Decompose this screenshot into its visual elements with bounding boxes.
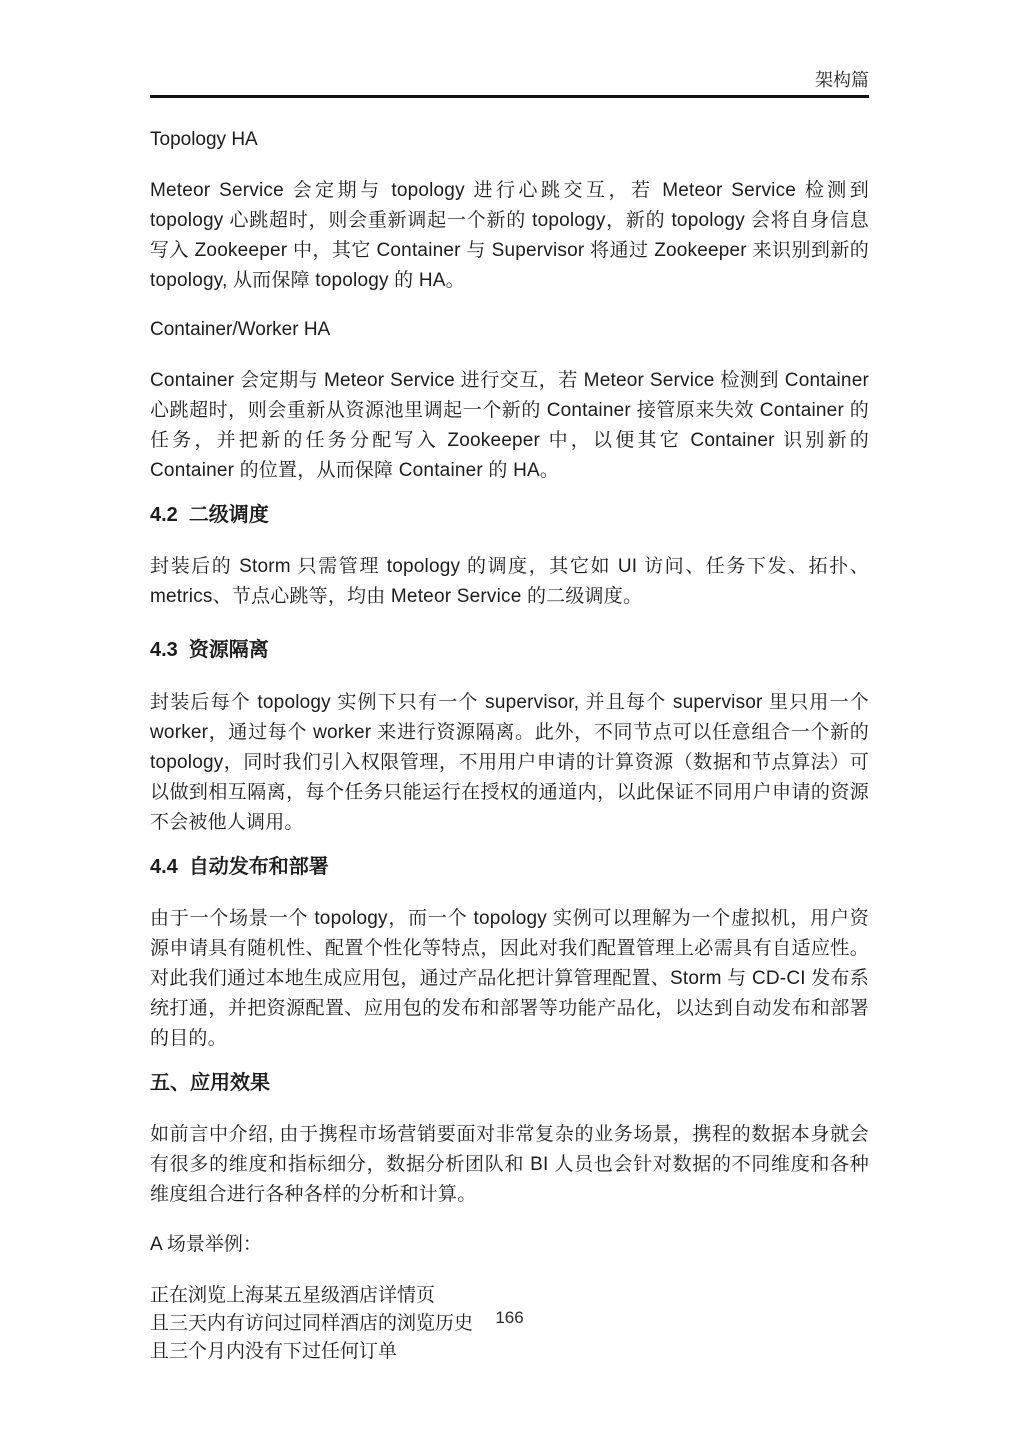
subheading-topology-ha: Topology HA bbox=[150, 125, 869, 155]
paragraph-4-4: 由于一个场景一个 topology，而一个 topology 实例可以理解为一个… bbox=[150, 904, 869, 1054]
content-column: 架构篇 Topology HA Meteor Service 会定期与 topo… bbox=[150, 0, 869, 1366]
subheading-container-worker-ha: Container/Worker HA bbox=[150, 315, 869, 345]
paragraph-4-3: 封装后每个 topology 实例下只有一个 supervisor, 并且每个 … bbox=[150, 688, 869, 838]
section-title-4-3: 资源隔离 bbox=[189, 639, 269, 661]
page-number: 166 bbox=[150, 1308, 869, 1328]
section-title-4-2: 二级调度 bbox=[189, 504, 269, 526]
paragraph-container-worker-ha: Container 会定期与 Meteor Service 进行交互，若 Met… bbox=[150, 366, 869, 486]
scenario-line: 正在浏览上海某五星级酒店详情页 bbox=[150, 1282, 869, 1310]
section-number-4-2: 4.2 bbox=[150, 504, 178, 526]
section-heading-4-4: 4.4自动发布和部署 bbox=[150, 852, 869, 882]
section-heading-5: 五、应用效果 bbox=[150, 1068, 869, 1098]
section-heading-4-3: 4.3资源隔离 bbox=[150, 635, 869, 665]
section-heading-4-2: 4.2二级调度 bbox=[150, 500, 869, 530]
scenario-a-label: A 场景举例： bbox=[150, 1230, 869, 1260]
section-number-4-4: 4.4 bbox=[150, 856, 178, 878]
scenario-line: 且三个月内没有下过任何订单 bbox=[150, 1338, 869, 1366]
header-rule bbox=[150, 95, 869, 98]
running-header-section-label: 架构篇 bbox=[150, 0, 869, 91]
paragraph-4-2: 封装后的 Storm 只需管理 topology 的调度，其它如 UI 访问、任… bbox=[150, 552, 869, 612]
section-title-4-4: 自动发布和部署 bbox=[189, 856, 329, 878]
paragraph-topology-ha: Meteor Service 会定期与 topology 进行心跳交互，若 Me… bbox=[150, 176, 869, 296]
section-number-4-3: 4.3 bbox=[150, 639, 178, 661]
paragraph-5: 如前言中介绍, 由于携程市场营销要面对非常复杂的业务场景，携程的数据本身就会有很… bbox=[150, 1120, 869, 1210]
document-page: 架构篇 Topology HA Meteor Service 会定期与 topo… bbox=[0, 0, 1019, 1440]
